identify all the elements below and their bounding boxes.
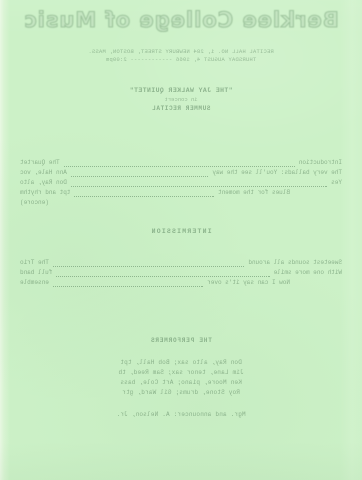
program-row: Sweetest sounds all around The Trio bbox=[20, 258, 342, 268]
personnel-heading: THE PERFORMERS bbox=[0, 336, 362, 346]
program-section-2: Sweetest sounds all around The Trio With… bbox=[20, 258, 342, 288]
dot-leader bbox=[64, 162, 295, 167]
program-title: Yes bbox=[331, 178, 342, 188]
show-subline: in concert bbox=[0, 95, 362, 104]
program-title: The very ballads: You'll see the way bbox=[212, 168, 342, 178]
program-performer: (encore) bbox=[20, 198, 49, 208]
personnel-line: Don Ray, alto sax; Bob Hall, tpt bbox=[0, 358, 362, 368]
program-title: Now I can say it's over bbox=[207, 278, 290, 288]
show-date-line: SUMMER RECITAL bbox=[0, 104, 362, 114]
program-row: With one more smile full band bbox=[20, 268, 342, 278]
program-title: Blues for the moment bbox=[218, 188, 290, 198]
program-performer: Don Ray, alto bbox=[20, 178, 67, 188]
program-performer: ensemble bbox=[20, 278, 49, 288]
dot-leader bbox=[53, 282, 203, 287]
program-row: The very ballads: You'll see the way Ann… bbox=[20, 168, 342, 178]
personnel-line: Ken Moore, piano; Art Cole, bass bbox=[0, 378, 362, 388]
program-title: Introduction bbox=[299, 158, 342, 168]
mirrored-bleedthrough-layer: Berklee College of Music RECITAL HALL NO… bbox=[0, 0, 362, 480]
venue-date-line: THURSDAY AUGUST 4, 1966 ------------ 2:0… bbox=[0, 56, 362, 64]
personnel-block: THE PERFORMERS Don Ray, alto sax; Bob Ha… bbox=[0, 336, 362, 420]
intermission-label: INTERMISSION bbox=[0, 228, 362, 235]
venue-block: RECITAL HALL NO. 1, 284 NEWBURY STREET, … bbox=[0, 48, 362, 63]
program-row: Introduction The Quartet bbox=[20, 158, 342, 168]
personnel-footer: Mgr. and announcer: A. Nelson, Jr. bbox=[0, 410, 362, 420]
dot-leader bbox=[53, 262, 245, 267]
program-performer: full band bbox=[20, 268, 52, 278]
program-section-1: Introduction The Quartet The very ballad… bbox=[20, 158, 342, 208]
program-performer: Ann Hale, voc bbox=[20, 168, 67, 178]
dot-leader bbox=[71, 172, 209, 177]
program-row: Blues for the moment tpt and rhythm bbox=[20, 188, 342, 198]
program-performer: The Trio bbox=[20, 258, 49, 268]
program-performer: tpt and rhythm bbox=[20, 188, 70, 198]
venue-address-line: RECITAL HALL NO. 1, 284 NEWBURY STREET, … bbox=[0, 48, 362, 56]
college-masthead: Berklee College of Music bbox=[0, 8, 362, 32]
scanned-program-page: Berklee College of Music RECITAL HALL NO… bbox=[0, 0, 362, 480]
show-title-block: "THE JAY WALKER QUINTET" in concert SUMM… bbox=[0, 86, 362, 114]
program-row: Now I can say it's over ensemble bbox=[20, 278, 342, 288]
dot-leader bbox=[56, 272, 269, 277]
program-title: Sweetest sounds all around bbox=[248, 258, 342, 268]
program-row: Yes Don Ray, alto bbox=[20, 178, 342, 188]
personnel-line: Roy Stone, drums; Gil Ward, gtr bbox=[0, 388, 362, 398]
personnel-line: Jim Lane, tenor sax; Sam Reed, tb bbox=[0, 368, 362, 378]
dot-leader bbox=[74, 192, 214, 197]
program-performer: The Quartet bbox=[20, 158, 60, 168]
dot-leader bbox=[71, 182, 327, 187]
show-title: "THE JAY WALKER QUINTET" bbox=[0, 86, 362, 95]
program-title: With one more smile bbox=[274, 268, 342, 278]
program-row: (encore) bbox=[20, 198, 342, 208]
